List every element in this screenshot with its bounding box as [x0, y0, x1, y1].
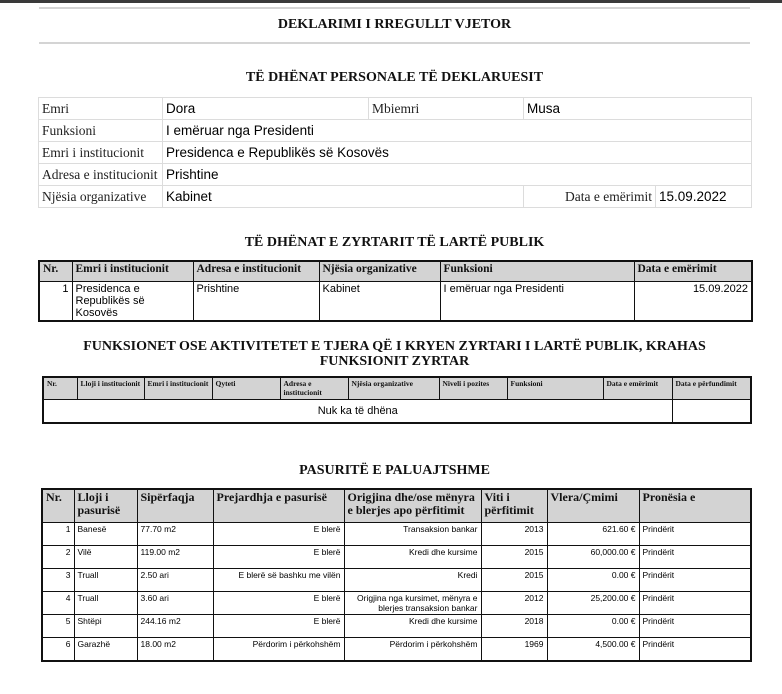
table-row: 6Garazhë18.00 m2Përdorim i përkohshëmPër…: [42, 638, 751, 662]
table-row: 1Banesë77.70 m2E blerëTransaksion bankar…: [42, 523, 751, 546]
empty-row: Nuk ka të dhëna: [43, 400, 751, 424]
table-cell: 3: [42, 569, 74, 592]
table-cell: Prindërit: [639, 638, 751, 662]
table-cell: 2.50 ari: [137, 569, 213, 592]
table-cell: Truall: [74, 569, 137, 592]
other-functions-section-title: FUNKSIONET OSE AKTIVITETET E TJERA QË I …: [39, 339, 750, 369]
column-header: Emri i institucionit: [72, 261, 193, 282]
table-cell: I emëruar nga Presidenti: [440, 282, 634, 322]
column-header: Pronësia e: [639, 489, 751, 523]
table-cell: 4: [42, 592, 74, 615]
table-cell: 2012: [481, 592, 547, 615]
first-name-label: Emri: [39, 98, 163, 120]
table-cell: 25,200.00 €: [547, 592, 639, 615]
table-cell: Vilë: [74, 546, 137, 569]
institution-label: Emri i institucionit: [39, 142, 163, 164]
table-cell: Prishtine: [193, 282, 319, 322]
column-header: Adresa e institucionit: [280, 377, 348, 400]
table-cell: Truall: [74, 592, 137, 615]
table-cell: 60,000.00 €: [547, 546, 639, 569]
table-row: 3Truall2.50 ariE blerë së bashku me vilë…: [42, 569, 751, 592]
table-cell: 6: [42, 638, 74, 662]
table-cell: Shtëpi: [74, 615, 137, 638]
column-header: Emri i institucionit: [144, 377, 212, 400]
table-row: 2Vilë119.00 m2E blerëKredi dhe kursime20…: [42, 546, 751, 569]
table-cell: 2: [42, 546, 74, 569]
last-name-value: Musa: [524, 98, 752, 120]
column-header: Nr.: [39, 261, 72, 282]
table-cell: Kredi dhe kursime: [344, 615, 481, 638]
table-cell: 244.16 m2: [137, 615, 213, 638]
function-label: Funksioni: [39, 120, 163, 142]
column-header: Viti i përfitimit: [481, 489, 547, 523]
column-header: Adresa e institucionit: [193, 261, 319, 282]
divider-bottom: [39, 42, 750, 44]
table-cell: 1: [42, 523, 74, 546]
table-cell: 18.00 m2: [137, 638, 213, 662]
unit-label: Njësia organizative: [39, 186, 163, 208]
table-cell: E blerë: [213, 546, 344, 569]
table-row: 4Truall3.60 ariE blerëOrigjina nga kursi…: [42, 592, 751, 615]
table-cell: 2018: [481, 615, 547, 638]
column-header: Funksioni: [440, 261, 634, 282]
other-functions-table: Nr.Lloji i institucionitEmri i instituci…: [42, 376, 752, 424]
column-header: Lloji i institucionit: [77, 377, 144, 400]
column-header: Data e përfundimit: [672, 377, 751, 400]
appointment-label: Data e emërimit: [524, 186, 656, 208]
table-cell: Prindërit: [639, 523, 751, 546]
table-cell: E blerë: [213, 592, 344, 615]
official-table: Nr.Emri i institucionitAdresa e instituc…: [38, 260, 753, 322]
personal-data-table: Emri Dora Mbiemri Musa Funksioni I emëru…: [38, 97, 752, 208]
table-cell: Banesë: [74, 523, 137, 546]
address-value: Prishtine: [163, 164, 752, 186]
table-cell: 2015: [481, 569, 547, 592]
table-cell: E blerë: [213, 523, 344, 546]
table-cell: 119.00 m2: [137, 546, 213, 569]
personal-section-title: TË DHËNAT PERSONALE TË DEKLARUESIT: [39, 70, 750, 86]
assets-table: Nr.Lloji i pasurisëSipërfaqjaPrejardhja …: [41, 488, 752, 662]
table-cell: 3.60 ari: [137, 592, 213, 615]
appointment-value: 15.09.2022: [656, 186, 752, 208]
table-cell: Prindërit: [639, 546, 751, 569]
official-section-title: TË DHËNAT E ZYRTARIT TË LARTË PUBLIK: [39, 235, 750, 251]
table-cell: 5: [42, 615, 74, 638]
column-header: Njësia organizative: [348, 377, 439, 400]
column-header: Njësia organizative: [319, 261, 440, 282]
table-cell: Origjina nga kursimet, mënyra e blerjes …: [344, 592, 481, 615]
column-header: Prejardhja e pasurisë: [213, 489, 344, 523]
table-cell: E blerë: [213, 615, 344, 638]
last-name-label: Mbiemri: [369, 98, 524, 120]
table-cell: 15.09.2022: [634, 282, 752, 322]
first-name-value: Dora: [163, 98, 369, 120]
assets-section-title: PASURITË E PALUAJTSHME: [39, 463, 750, 479]
table-cell: Prindërit: [639, 569, 751, 592]
column-header: Origjina dhe/ose mënyra e blerjes apo pë…: [344, 489, 481, 523]
table-cell: Garazhë: [74, 638, 137, 662]
column-header: Qyteti: [212, 377, 280, 400]
unit-value: Kabinet: [163, 186, 524, 208]
table-cell: 0.00 €: [547, 569, 639, 592]
column-header: Sipërfaqja: [137, 489, 213, 523]
table-cell: 4,500.00 €: [547, 638, 639, 662]
column-header: Lloji i pasurisë: [74, 489, 137, 523]
column-header: Nr.: [43, 377, 77, 400]
table-cell: 1969: [481, 638, 547, 662]
table-row: 5Shtëpi244.16 m2E blerëKredi dhe kursime…: [42, 615, 751, 638]
table-cell: Kredi dhe kursime: [344, 546, 481, 569]
table-cell: 0.00 €: [547, 615, 639, 638]
table-cell: Përdorim i përkohshëm: [344, 638, 481, 662]
table-cell: 2015: [481, 546, 547, 569]
column-header: Data e emërimit: [634, 261, 752, 282]
table-cell: Kabinet: [319, 282, 440, 322]
table-cell: E blerë së bashku me vilën: [213, 569, 344, 592]
table-cell: Prindërit: [639, 615, 751, 638]
table-cell: Kredi: [344, 569, 481, 592]
document-title: DEKLARIMI I RREGULLT VJETOR: [39, 17, 750, 33]
address-label: Adresa e institucionit: [39, 164, 163, 186]
table-cell: 2013: [481, 523, 547, 546]
function-value: I emëruar nga Presidenti: [163, 120, 752, 142]
table-cell: 1: [39, 282, 72, 322]
table-cell: 621.60 €: [547, 523, 639, 546]
column-header: Funksioni: [507, 377, 603, 400]
table-cell: Transaksion bankar: [344, 523, 481, 546]
institution-value: Presidenca e Republikës së Kosovës: [163, 142, 752, 164]
empty-cell: [672, 400, 751, 424]
table-cell: Përdorim i përkohshëm: [213, 638, 344, 662]
column-header: Data e emërimit: [603, 377, 672, 400]
top-bar: [0, 0, 782, 3]
table-cell: Presidenca e Republikës së Kosovës: [72, 282, 193, 322]
empty-message: Nuk ka të dhëna: [43, 400, 672, 424]
table-row: 1Presidenca e Republikës së KosovësPrish…: [39, 282, 752, 322]
column-header: Nr.: [42, 489, 74, 523]
column-header: Vlera/Çmimi: [547, 489, 639, 523]
table-cell: 77.70 m2: [137, 523, 213, 546]
table-cell: Prindërit: [639, 592, 751, 615]
column-header: Niveli i pozites: [439, 377, 507, 400]
divider-top: [39, 7, 750, 9]
